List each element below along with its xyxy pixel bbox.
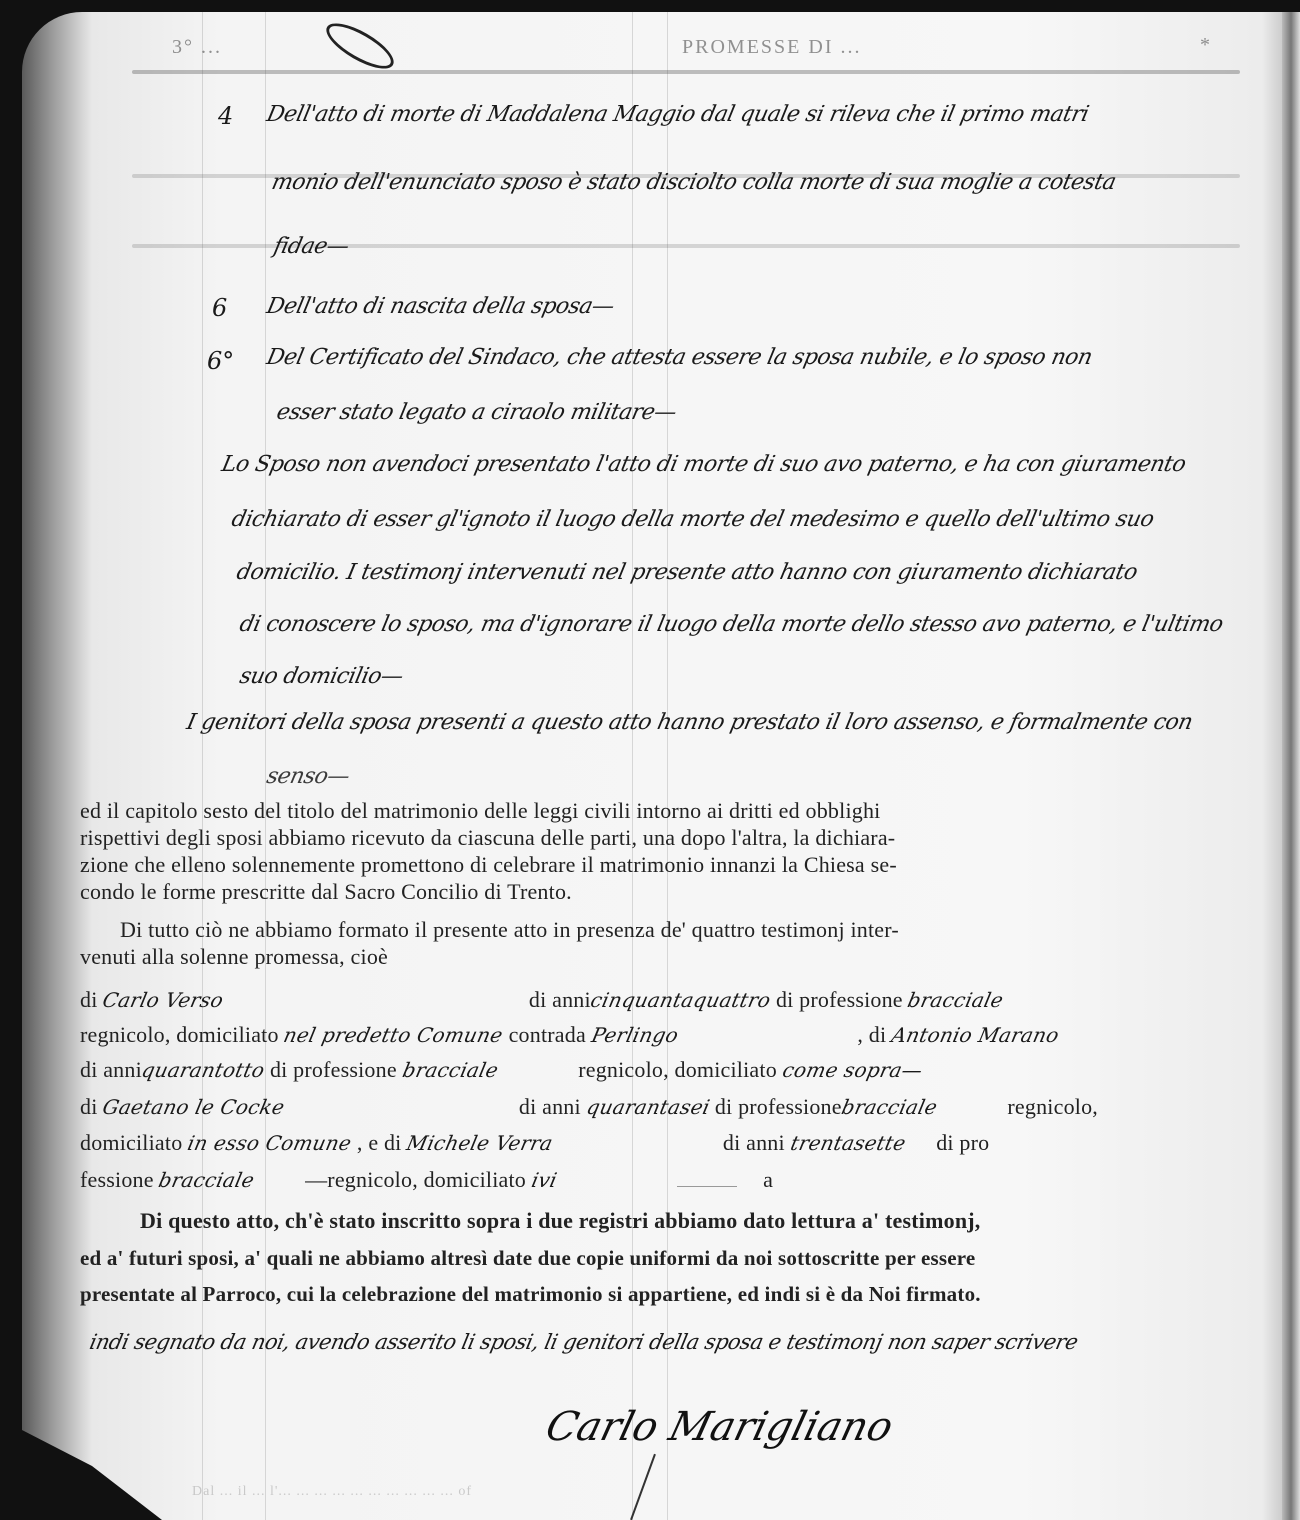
witness-4-age: trentasette <box>788 1131 933 1155</box>
footer-bleed: Dal ... il ... l'... ... ... ... ... ...… <box>192 1484 472 1500</box>
witness-1-domicile: nel predetto Comune <box>282 1023 506 1047</box>
handwritten-line: senso— <box>264 764 351 789</box>
printed-line: presentate al Parroco, cui la celebrazio… <box>80 1282 981 1307</box>
item-number: 6 <box>212 294 227 322</box>
handwritten-line: esser stato legato a ciraolo militare— <box>274 400 678 425</box>
handwritten-line: dichiarato di esser gl'ignoto il luogo d… <box>229 507 1156 532</box>
witness-3-name: Gaetano le Cocke <box>101 1095 426 1119</box>
handwritten-line: suo domicilio— <box>237 664 405 689</box>
witness-1-street: Perlingo <box>589 1023 794 1047</box>
printed-line: venuti alla solenne promessa, cioè <box>80 944 388 970</box>
handwritten-line: Del Certificato del Sindaco, che attesta… <box>264 345 1094 370</box>
witness-4-profession: bracciale <box>157 1168 302 1192</box>
header-rule <box>132 70 1240 74</box>
printed-line: condo le forme prescritte dal Sacro Conc… <box>80 879 572 905</box>
header-left: 3° ... <box>172 36 222 59</box>
witness-2-profession: bracciale <box>400 1058 575 1082</box>
witness-line-6: fessione bracciale —regnicolo, domicilia… <box>80 1167 773 1193</box>
witness-1-age: cinquantaquattro <box>588 988 773 1012</box>
handwritten-line: Dell'atto di nascita della sposa— <box>264 294 616 319</box>
witness-4-domicile: ivi <box>529 1168 674 1192</box>
witness-3-profession: bracciale <box>839 1095 1004 1119</box>
item-number: 4 <box>218 102 233 130</box>
signature-flourish <box>630 1454 656 1520</box>
witness-line-5: domiciliato in esso Comune , e di Michel… <box>80 1130 989 1156</box>
witness-3-domicile: in esso Comune <box>186 1131 354 1155</box>
witness-line-4: di Gaetano le Cocke di anni quarantasei … <box>80 1094 1098 1120</box>
item-number: 6° <box>207 347 234 375</box>
handwritten-line: fidae— <box>271 234 351 259</box>
header-center: PROMESSE DI ... <box>682 36 861 59</box>
witness-line-1: di Carlo Verso di annicinquantaquattro d… <box>80 987 1240 1013</box>
printed-line: Di questo atto, ch'è stato inscritto sop… <box>140 1208 980 1234</box>
witness-2-domicile: come sopra— <box>780 1058 924 1082</box>
printed-line: ed il capitolo sesto del titolo del matr… <box>80 798 880 824</box>
witness-3-age: quarantasei <box>584 1095 712 1119</box>
witness-2-name: Antonio Marano <box>889 1023 1061 1047</box>
witness-line-2: regnicolo, domiciliato nel predetto Comu… <box>80 1022 1059 1048</box>
printed-line: rispettivi degli sposi abbiamo ricevuto … <box>80 825 895 851</box>
handwritten-line: domicilio. I testimonj intervenuti nel p… <box>234 560 1139 585</box>
witness-1-profession: bracciale <box>906 988 1006 1012</box>
handwritten-line: Lo Sposo non avendoci presentato l'atto … <box>219 452 1188 477</box>
witness-1-name: Carlo Verso <box>101 988 436 1012</box>
printed-line: Di tutto ciò ne abbiamo formato il prese… <box>120 917 899 943</box>
page-header: 3° ... PROMESSE DI ... * <box>22 30 1300 60</box>
handwritten-line: monio dell'enunciato sposo è stato disci… <box>269 170 1118 195</box>
witness-line-3: di anniquarantotto di professione bracci… <box>80 1057 922 1083</box>
witness-2-age: quarantotto <box>139 1058 266 1082</box>
handwritten-line: Dell'atto di morte di Maddalena Maggio d… <box>264 102 1090 127</box>
header-mark: * <box>1200 34 1212 57</box>
printed-line: ed a' futuri sposi, a' quali ne abbiamo … <box>80 1246 975 1271</box>
signature: Carlo Marigliano <box>541 1404 897 1450</box>
witness-4-name: Michele Verra <box>405 1131 660 1155</box>
register-page: 3° ... PROMESSE DI ... * 4 Dell'atto di … <box>22 12 1300 1520</box>
printed-line: zione che elleno solennemente promettono… <box>80 852 897 878</box>
handwritten-line: I genitori della sposa presenti a questo… <box>184 710 1194 735</box>
page-fold-shadow <box>22 1430 162 1520</box>
page-edge <box>1282 12 1300 1520</box>
handwritten-closing: indi segnato da noi, avendo asserito li … <box>87 1330 1079 1354</box>
handwritten-line: di conoscere lo sposo, ma d'ignorare il … <box>237 612 1225 637</box>
